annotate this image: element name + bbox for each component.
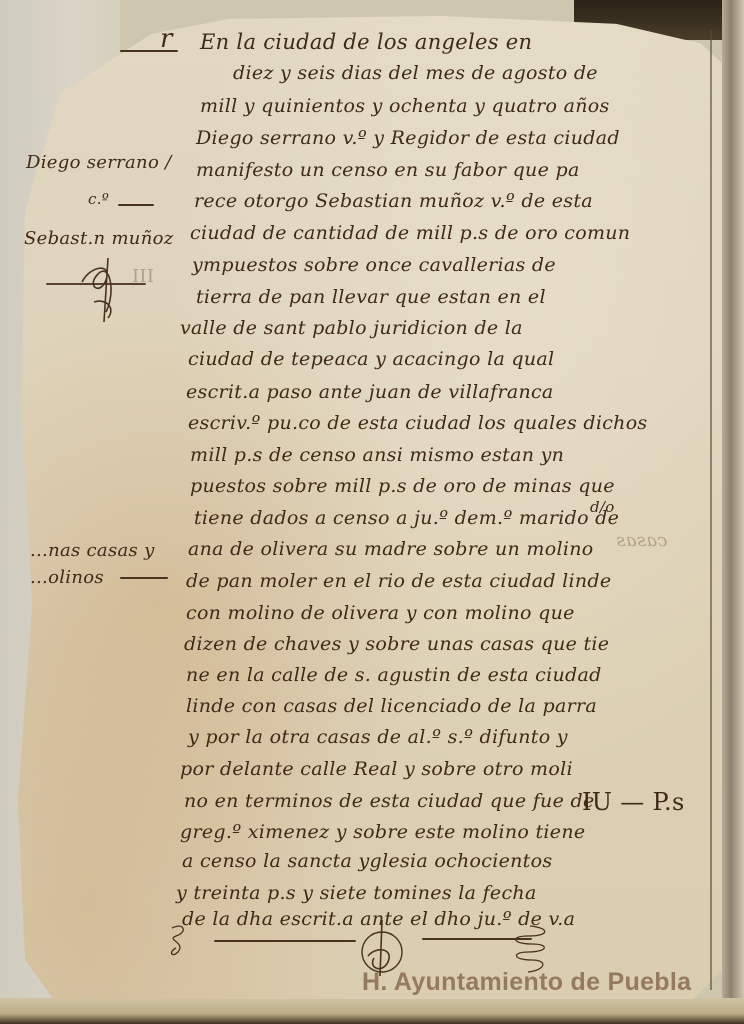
text-line: rece otorgo Sebastian muñoz v.º de esta [194, 192, 593, 211]
text-line: escriv.º pu.co de esta ciudad los quales… [188, 414, 648, 433]
margin-mills-note: ...olinos [30, 567, 104, 588]
text-line: tiene dados a censo a ju.º dem.º marido … [194, 509, 619, 528]
text-line: ympuestos sobre once cavallerias de [192, 256, 556, 275]
margin-amount: IU — P.s [582, 788, 685, 816]
text-line: puestos sobre mill p.s de oro de minas q… [190, 477, 615, 496]
text-line: manifesto un censo en su fabor que pa [196, 161, 580, 180]
margin-name-diego: Diego serrano / [26, 152, 171, 173]
text-line: dizen de chaves y sobre unas casas que t… [184, 635, 609, 654]
archive-watermark: H. Ayuntamiento de Puebla [362, 968, 691, 997]
margin-name-sebastian: Sebast.n muñoz [24, 228, 174, 249]
text-line: y por la otra casas de al.º s.º difunto … [188, 728, 568, 747]
binding-edge [722, 0, 744, 1024]
text-line: escrit.a paso ante juan de villafranca [186, 383, 554, 402]
rubric-flourish-icon [76, 252, 132, 326]
text-line: con molino de olivera y con molino que [186, 604, 575, 623]
text-line: tierra de pan llevar que estan en el [196, 288, 546, 307]
text-line: mill y quinientos y ochenta y quatro año… [200, 97, 610, 116]
text-line: mill p.s de censo ansi mismo estan yn [190, 446, 564, 465]
text-line: ciudad de tepeaca y acacingo la qual [188, 350, 554, 369]
text-line: ana de olivera su madre sobre un molino [188, 540, 594, 559]
backdrop-bottom [0, 998, 744, 1024]
margin-houses-note: ...nas casas y [30, 540, 155, 561]
closing-mark-icon [164, 922, 194, 962]
text-line: greg.º ximenez y sobre este molino tiene [180, 823, 585, 842]
margin-rule [118, 204, 154, 206]
text-line: En la ciudad de los angeles en [200, 32, 532, 53]
text-line: ciudad de cantidad de mill p.s de oro co… [190, 224, 630, 243]
folio-fold-line [710, 30, 712, 990]
bleed-through-text: casas [616, 530, 668, 551]
corner-rule [120, 50, 178, 52]
text-line: no en terminos de esta ciudad que fue de [184, 792, 595, 811]
margin-rule [120, 577, 168, 579]
margin-abbrev: c.º [88, 190, 109, 208]
text-line: a censo la sancta yglesia ochocientos [182, 852, 552, 871]
text-line: diez y seis dias del mes de agosto de [233, 64, 598, 83]
text-line: de pan moler en el rio de esta ciudad li… [186, 572, 611, 591]
closing-rule-left [214, 940, 356, 942]
text-line: por delante calle Real y sobre otro moli [180, 760, 573, 779]
text-line: valle de sant pablo juridicion de la [180, 319, 523, 338]
text-line: y treinta p.s y siete tomines la fecha [176, 884, 537, 903]
margin-small-note: d/o [590, 498, 615, 516]
text-line: linde con casas del licenciado de la par… [186, 697, 597, 716]
text-line: Diego serrano v.º y Regidor de esta ciud… [196, 129, 620, 148]
tally-mark: III [132, 266, 154, 287]
text-line: ne en la calle de s. agustin de esta ciu… [186, 666, 602, 685]
